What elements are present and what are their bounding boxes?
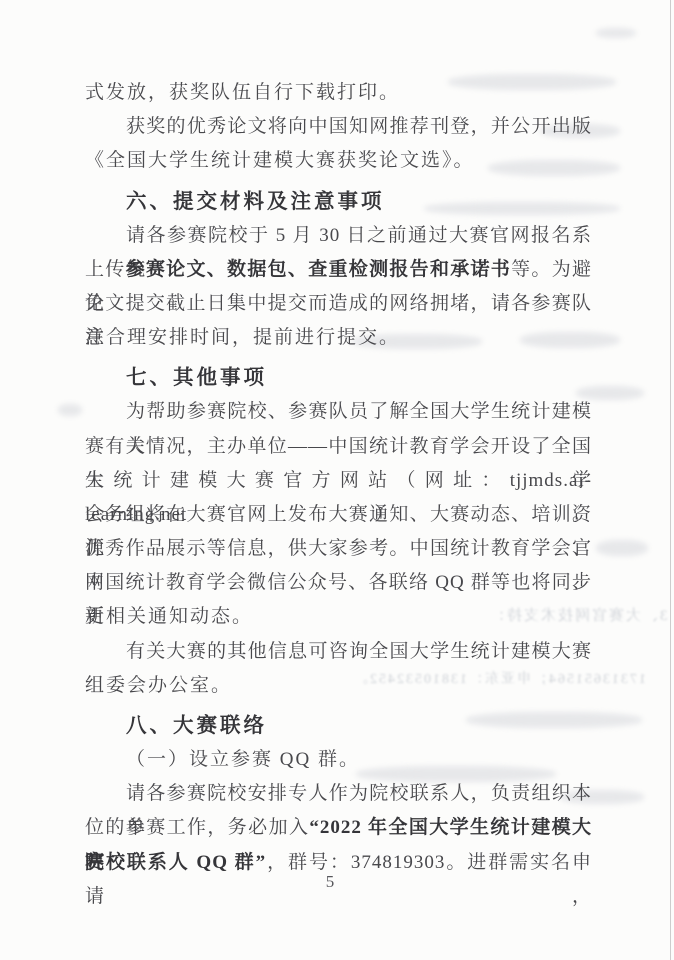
text-run: 组委会办公室。 <box>85 675 232 696</box>
section-heading: 七、其他事项 <box>85 360 592 395</box>
document-body: 式发放，获奖队伍自行下载打印。获奖的优秀论文将向中国知网推荐刊登，并公开出版《全… <box>85 76 592 880</box>
text-line: 请各参赛院校于 5 月 30 日之前通过大赛官网报名系统 <box>85 219 592 253</box>
section-heading: 八、大赛联络 <box>85 708 592 743</box>
text-line: 意合理安排时间，提前进行提交。 <box>85 321 592 355</box>
bold-text-run: 参赛论文、数据包、查重检测报告和承诺书 <box>126 259 512 280</box>
text-line: 位的参赛工作，务必加入“2022 年全国大学生统计建模大赛 <box>85 811 592 845</box>
text-line: 优秀作品展示等信息，供大家参考。中国统计教育学会官网、 <box>85 532 592 566</box>
scanned-document-page: 3、大赛官网技术支持：17313651564；申亚东：13810532452。 … <box>0 0 674 960</box>
text-line: 组委会办公室。 <box>85 669 592 703</box>
text-line: 为帮助参赛院校、参赛队员了解全国大学生统计建模大 <box>85 395 592 429</box>
bleedthrough-smudge <box>58 404 82 416</box>
text-run: （一）设立参赛 QQ 群。 <box>126 749 360 770</box>
text-line: （一）设立参赛 QQ 群。 <box>85 743 592 777</box>
text-line: 会务组将在大赛官网上发布大赛通知、大赛动态、培训资源、 <box>85 498 592 532</box>
text-line: 论文提交截止日集中提交而造成的网络拥堵，请各参赛队注 <box>85 287 592 321</box>
text-run: 式发放，获奖队伍自行下载打印。 <box>85 82 400 103</box>
text-run: 新相关通知动态。 <box>85 606 253 627</box>
text-run: 有关大赛的其他信息可咨询全国大学生统计建模大赛 <box>126 641 592 662</box>
text-line: 中国统计教育学会微信公众号、各联络 QQ 群等也将同步更 <box>85 566 592 600</box>
bleedthrough-smudge <box>596 28 636 38</box>
page-number: 5 <box>0 872 660 892</box>
text-run: 意合理安排时间，提前进行提交。 <box>85 327 400 348</box>
bold-text-run: 六、提交材料及注意事项 <box>126 190 385 213</box>
text-line: 有关大赛的其他信息可咨询全国大学生统计建模大赛 <box>85 635 592 669</box>
bold-text-run: 七、其他事项 <box>126 366 267 389</box>
text-run: 位的参赛工作，务必加入 <box>85 817 309 838</box>
bold-text-run: 院校联系人 QQ 群” <box>85 852 266 873</box>
text-run: 获奖的优秀论文将向中国知网推荐刊登，并公开出版 <box>126 116 592 137</box>
section-heading: 六、提交材料及注意事项 <box>85 184 592 219</box>
text-line: 获奖的优秀论文将向中国知网推荐刊登，并公开出版 <box>85 110 592 144</box>
text-line: 《全国大学生统计建模大赛获奖论文选》。 <box>85 144 592 178</box>
scan-edge-line <box>670 0 672 960</box>
bold-text-run: 八、大赛联络 <box>126 714 267 737</box>
text-line: 上传参赛论文、数据包、查重检测报告和承诺书等。为避免 <box>85 253 592 287</box>
text-run: 《全国大学生统计建模大赛获奖论文选》。 <box>85 150 475 171</box>
bleedthrough-smudge <box>596 540 648 556</box>
text-run: 上传 <box>85 259 126 280</box>
text-line: 新相关通知动态。 <box>85 600 592 634</box>
text-line: 赛有关情况，主办单位——中国统计教育学会开设了全国大学 <box>85 430 592 464</box>
text-line: 请各参赛院校安排专人作为院校联系人，负责组织本单 <box>85 777 592 811</box>
text-line: 式发放，获奖队伍自行下载打印。 <box>85 76 592 110</box>
text-line: 生统计建模大赛官方网站（网址：tjjmds.ai-learning.net）。 <box>85 464 592 498</box>
